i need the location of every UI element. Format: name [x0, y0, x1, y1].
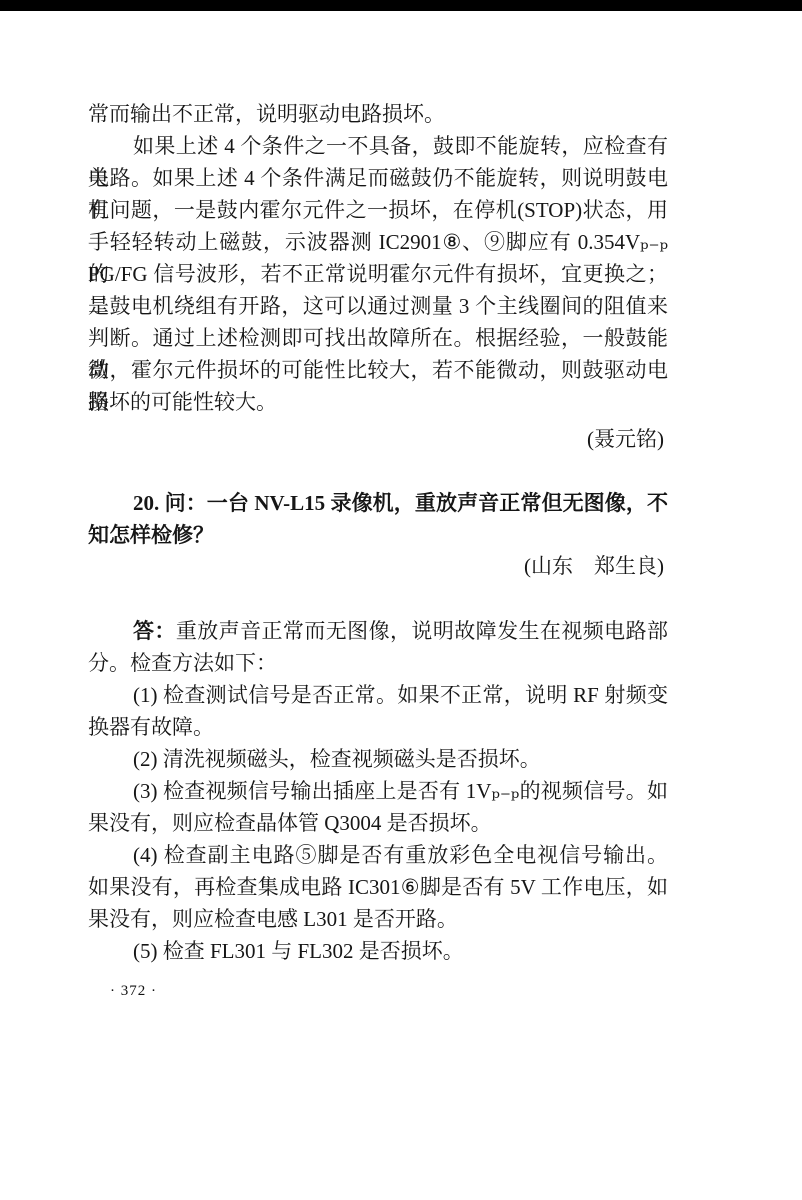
text-line: (3) 检查视频信号输出插座上是否有 1Vₚ₋ₚ的视频信号。如 — [88, 775, 668, 807]
author-signature: (聂元铭) — [88, 423, 668, 455]
signature-text: (聂元铭) — [88, 423, 668, 455]
text-line: 果没有，则应检查晶体管 Q3004 是否损坏。 — [88, 807, 668, 839]
text-line: 常而输出不正常，说明驱动电路损坏。 — [88, 98, 668, 130]
signature-text: (山东 郑生良) — [88, 550, 668, 582]
text-line: 手轻轻转动上磁鼓，示波器测 IC2901⑧、⑨脚应有 0.354Vₚ₋ₚ的 — [88, 226, 668, 258]
text-line: 答：重放声音正常而无图像，说明故障发生在视频电路部 — [88, 615, 668, 647]
text-line: 损坏的可能性较大。 — [88, 386, 668, 418]
scanned-book-page: 常而输出不正常，说明驱动电路损坏。 如果上述 4 个条件之一不具备，鼓即不能旋转… — [0, 0, 802, 1200]
text-line: (4) 检查副主电路⑤脚是否有重放彩色全电视信号输出。 — [88, 839, 668, 871]
text-line: 果没有，则应检查电感 L301 是否开路。 — [88, 903, 668, 935]
text-line: 分。检查方法如下： — [88, 647, 668, 679]
question-20-heading: 20. 问：一台 NV-L15 录像机，重放声音正常但无图像，不 知怎样检修？ — [88, 487, 668, 551]
text-line: 是鼓电机绕组有开路，这可以通过测量 3 个主线圈间的阻值来 — [88, 290, 668, 322]
text-line: (5) 检查 FL301 与 FL302 是否损坏。 — [88, 935, 668, 967]
answer-label: 答： — [133, 619, 176, 643]
question-line: 20. 问：一台 NV-L15 录像机，重放声音正常但无图像，不 — [88, 487, 668, 519]
answer-paragraph: 答：重放声音正常而无图像，说明故障发生在视频电路部 分。检查方法如下： (1) … — [88, 615, 668, 967]
text-line: 有问题，一是鼓内霍尔元件之一损坏，在停机(STOP)状态，用 — [88, 194, 668, 226]
page-number: · 372 · — [110, 982, 157, 1000]
text-line: (1) 检查测试信号是否正常。如果不正常，说明 RF 射频变 — [88, 679, 668, 711]
continuation-paragraph: 常而输出不正常，说明驱动电路损坏。 如果上述 4 个条件之一不具备，鼓即不能旋转… — [88, 98, 668, 418]
question-author-signature: (山东 郑生良) — [88, 550, 668, 582]
text-line: PG/FG 信号波形，若不正常说明霍尔元件有损坏，宜更换之；二 — [88, 258, 668, 290]
scan-edge-artifact — [0, 0, 802, 11]
question-line: 知怎样检修？ — [88, 519, 668, 551]
text-line: 如果上述 4 个条件之一不具备，鼓即不能旋转，应检查有关 — [88, 130, 668, 162]
text-line: (2) 清洗视频磁头，检查视频磁头是否损坏。 — [88, 743, 668, 775]
text-line: 如果没有，再检查集成电路 IC301⑥脚是否有 5V 工作电压，如 — [88, 871, 668, 903]
text-line: 动，霍尔元件损坏的可能性比较大，若不能微动，则鼓驱动电路 — [88, 354, 668, 386]
text-line: 电路。如果上述 4 个条件满足而磁鼓仍不能旋转，则说明鼓电机 — [88, 162, 668, 194]
answer-line-text: 重放声音正常而无图像，说明故障发生在视频电路部 — [176, 619, 668, 643]
text-line: 换器有故障。 — [88, 711, 668, 743]
text-line: 判断。通过上述检测即可找出故障所在。根据经验，一般鼓能微 — [88, 322, 668, 354]
